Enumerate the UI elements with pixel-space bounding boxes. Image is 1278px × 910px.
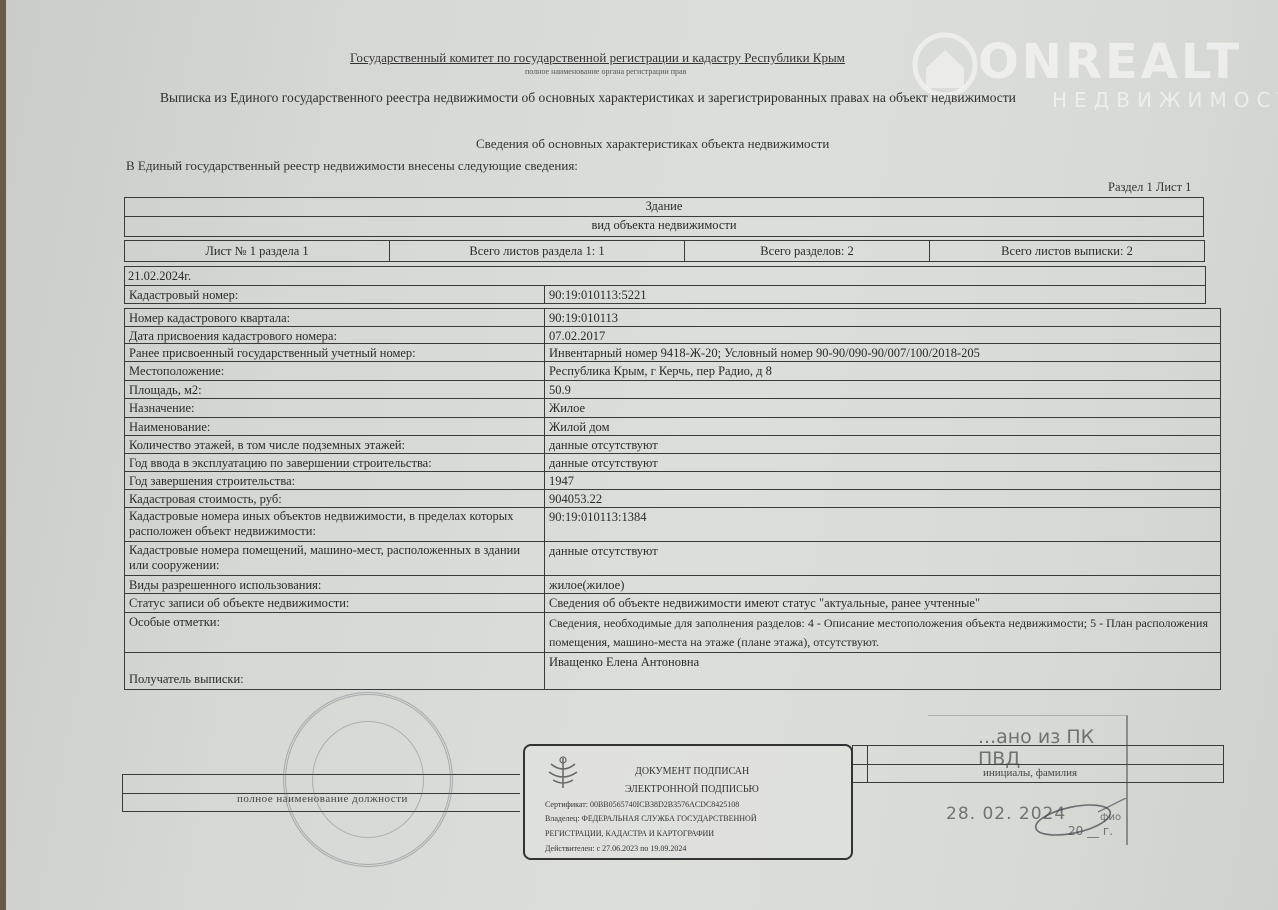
property-label: Получатель выписки: (125, 653, 545, 689)
table-row: Местоположение: Республика Крым, г Керчь… (125, 362, 1220, 381)
property-value: Жилое (545, 399, 1220, 417)
table-row: Кадастровая стоимость, руб: 904053.22 (125, 490, 1220, 508)
object-type: Здание (646, 199, 683, 213)
property-value: 07.02.2017 (545, 327, 1220, 343)
extract-sheets-total: Всего листов выписки: 2 (930, 241, 1204, 261)
cadastral-number-value: 90:19:010113:5221 (545, 286, 1205, 304)
table-row: Назначение: Жилое (125, 399, 1220, 418)
table-row: Виды разрешенного использования: жилое(ж… (125, 576, 1220, 594)
property-label: Кадастровая стоимость, руб: (125, 490, 545, 507)
table-row: Год ввода в эксплуатацию по завершении с… (125, 454, 1220, 472)
property-label: Площадь, м2: (125, 381, 545, 398)
subheading: Сведения об основных характеристиках объ… (476, 136, 829, 152)
object-type-caption-row: вид объекта недвижимости (125, 217, 1203, 236)
round-seal-stamp (283, 692, 453, 867)
date-cadastral-box: 21.02.2024г. Кадастровый номер: 90:19:01… (124, 266, 1206, 304)
property-value: жилое(жилое) (545, 576, 1220, 593)
organization-name: Государственный комитет по государственн… (350, 50, 845, 66)
handwritten-signature-icon (1028, 798, 1128, 838)
property-label: Номер кадастрового квартала: (125, 309, 545, 326)
table-row: Получатель выписки: Иващенко Елена Антон… (125, 653, 1220, 689)
esig-owner-line1: Владелец: ФЕДЕРАЛЬНАЯ СЛУЖБА ГОСУДАРСТВЕ… (545, 814, 757, 823)
property-value: 904053.22 (545, 490, 1220, 507)
table-row: Площадь, м2: 50.9 (125, 381, 1220, 399)
watermark-brand: ONREALT (978, 34, 1242, 90)
table-row: Количество этажей, в том числе подземных… (125, 436, 1220, 454)
esig-validity: Действителен: с 27.06.2023 по 19.09.2024 (545, 844, 686, 853)
organization-caption: полное наименование органа регистрации п… (525, 67, 686, 76)
property-label: Кадастровые номера помещений, машино-мес… (125, 542, 545, 575)
object-type-row: Здание (125, 198, 1203, 217)
cadastral-number-row: Кадастровый номер: 90:19:010113:5221 (125, 286, 1205, 304)
esig-owner-line2: РЕГИСТРАЦИИ, КАДАСТРА И КАРТОГРАФИИ (545, 829, 714, 838)
property-label: Год ввода в эксплуатацию по завершении с… (125, 454, 545, 471)
extract-date-row: 21.02.2024г. (125, 267, 1205, 286)
property-label: Ранее присвоенный государственный учетны… (125, 344, 545, 361)
esig-subtitle: ЭЛЕКТРОННОЙ ПОДПИСЬЮ (625, 784, 759, 795)
property-value: Сведения, необходимые для заполнения раз… (545, 613, 1220, 652)
cadastral-number-label: Кадастровый номер: (125, 286, 545, 304)
property-value: Иващенко Елена Антоновна (545, 653, 1220, 689)
sheet-info-box: Лист № 1 раздела 1 Всего листов раздела … (124, 240, 1205, 262)
pk-pvd-stamp: ...ано из ПК ПВД 28. 02. 2024 фио 20 __ … (928, 715, 1128, 845)
watermark-subtitle: НЕДВИЖИМОСТЬ (1052, 88, 1278, 112)
property-label: Статус записи об объекте недвижимости: (125, 594, 545, 612)
table-row: Ранее присвоенный государственный учетны… (125, 344, 1220, 362)
property-label: Виды разрешенного использования: (125, 576, 545, 593)
table-row: Статус записи об объекте недвижимости: С… (125, 594, 1220, 613)
extract-date: 21.02.2024г. (128, 269, 191, 283)
house-icon (912, 32, 978, 98)
property-value: Жилой дом (545, 418, 1220, 435)
property-value: Сведения об объекте недвижимости имеют с… (545, 594, 1220, 612)
table-row: Дата присвоения кадастрового номера: 07.… (125, 327, 1220, 344)
property-label: Дата присвоения кадастрового номера: (125, 327, 545, 343)
property-value: данные отсутствуют (545, 542, 1220, 575)
property-value: 1947 (545, 472, 1220, 489)
sections-total: Всего разделов: 2 (685, 241, 930, 261)
paper-edge (0, 0, 6, 910)
property-label: Местоположение: (125, 362, 545, 380)
property-label: Особые отметки: (125, 613, 545, 652)
property-label: Год завершения строительства: (125, 472, 545, 489)
coat-of-arms-icon (543, 754, 583, 792)
section-sheets-total: Всего листов раздела 1: 1 (390, 241, 685, 261)
property-label: Наименование: (125, 418, 545, 435)
property-value: данные отсутствуют (545, 436, 1220, 453)
object-type-box: Здание вид объекта недвижимости (124, 197, 1204, 237)
table-row: Кадастровые номера помещений, машино-мес… (125, 542, 1220, 576)
esig-title: ДОКУМЕНТ ПОДПИСАН (635, 766, 749, 777)
property-label: Назначение: (125, 399, 545, 417)
table-row: Особые отметки: Сведения, необходимые дл… (125, 613, 1220, 653)
properties-table: Номер кадастрового квартала: 90:19:01011… (124, 308, 1221, 690)
esig-certificate: Сертификат: 00BB0565740ICB38D2B3576ACDC8… (545, 800, 739, 809)
electronic-signature-box: ДОКУМЕНТ ПОДПИСАН ЭЛЕКТРОННОЙ ПОДПИСЬЮ С… (523, 744, 853, 860)
sheet-number: Лист № 1 раздела 1 (125, 241, 390, 261)
property-label: Количество этажей, в том числе подземных… (125, 436, 545, 453)
section-label: Раздел 1 Лист 1 (1108, 180, 1191, 195)
property-value: Республика Крым, г Керчь, пер Радио, д 8 (545, 362, 1220, 380)
property-value: 90:19:010113:1384 (545, 508, 1220, 541)
property-value: данные отсутствуют (545, 454, 1220, 471)
object-type-caption: вид объекта недвижимости (591, 218, 736, 232)
property-value: 90:19:010113 (545, 309, 1220, 326)
document-title: Выписка из Единого государственного реес… (160, 90, 1016, 106)
table-row: Наименование: Жилой дом (125, 418, 1220, 436)
table-row: Кадастровые номера иных объектов недвижи… (125, 508, 1220, 542)
table-row: Год завершения строительства: 1947 (125, 472, 1220, 490)
pk-stamp-title: ...ано из ПК ПВД (978, 726, 1126, 770)
property-value: 50.9 (545, 381, 1220, 398)
property-label: Кадастровые номера иных объектов недвижи… (125, 508, 545, 541)
property-value: Инвентарный номер 9418-Ж-20; Условный но… (545, 344, 1220, 361)
watermark: ONREALT НЕДВИЖИМОСТЬ (912, 30, 1252, 120)
table-row: Номер кадастрового квартала: 90:19:01011… (125, 309, 1220, 327)
intro-text: В Единый государственный реестр недвижим… (126, 158, 578, 174)
